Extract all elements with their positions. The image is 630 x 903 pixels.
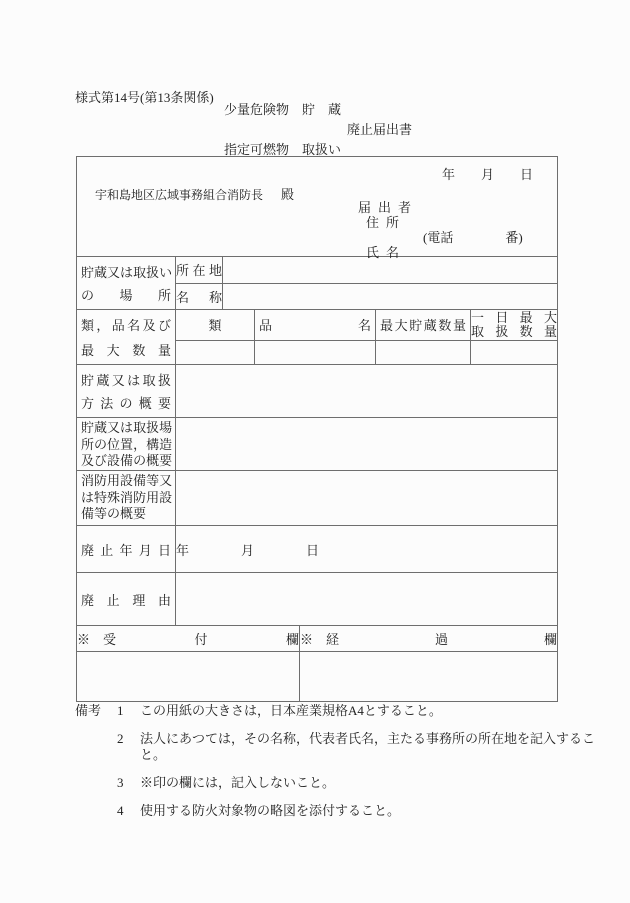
location-label-cell: 貯蔵又は取扱い の場所 [77,257,176,310]
fire-equipment-row: 消防用設備等又 は特殊消防用設 備等の概要 [77,471,558,526]
header-section-row: 年 月 日 宇和島地区広域事務組合消防長殿 届出者 住所 (電話 番) 氏名 [77,157,558,257]
remark-item: 2 法人にあつては，その名称，代表者氏名，主たる事務所の所在地を記入すること。 [75,731,620,763]
fire-equipment-value [176,471,558,526]
structure-row: 貯蔵又は取扱場 所の位置，構造 及び設備の概要 [77,418,558,471]
form-number: 様式第14号(第13条関係) [75,87,214,106]
fire-equipment-label-cell: 消防用設備等又 は特殊消防用設 備等の概要 [77,471,176,526]
address-label: 住所 [366,212,406,231]
progress-column-header: ※ 経 過 欄 [300,626,558,652]
abolition-date-row: 廃止年月日 年 月 日 [77,526,558,573]
product-name-value [255,340,376,364]
category-header-row: 類，品名及び 最大数量 類 品名 最大貯蔵数量 一日最大 取扱数量 [77,310,558,341]
category-label-cell: 類，品名及び 最大数量 [77,310,176,365]
form-page: 様式第14号(第13条関係) 少量危険物 貯 蔵 廃止届出書 指定可燃物 取扱い… [0,0,630,903]
remark-item: 3 ※印の欄には，記入しないこと。 [75,775,620,791]
reception-column-header: ※ 受 付 欄 [77,626,300,652]
abolition-reason-label-cell: 廃止理由 [77,573,176,626]
honorific: 殿 [281,187,294,202]
location-address-label: 所在地 [176,257,223,284]
stamp-header-row: ※ 受 付 欄 ※ 経 過 欄 [77,626,558,652]
remark-item: 備考 1 この用紙の大きさは，日本産業規格A4とすること。 [75,703,620,719]
location-label-line2: の場所 [81,285,171,304]
abolition-reason-row: 廃止理由 [77,573,558,626]
addressee-line: 宇和島地区広域事務組合消防長殿 [95,184,294,203]
progress-value [300,652,558,702]
category-label-line2: 最大数量 [81,340,171,359]
structure-value [176,418,558,471]
header-section-cell: 年 月 日 宇和島地区広域事務組合消防長殿 届出者 住所 (電話 番) 氏名 [77,157,558,257]
remarks-label: 備考 [75,703,117,719]
max-storage-value [376,340,471,364]
form-table: 年 月 日 宇和島地区広域事務組合消防長殿 届出者 住所 (電話 番) 氏名 貯… [76,156,558,702]
category-label-line1: 類，品名及び [81,315,171,334]
class-column-header: 類 [176,310,255,341]
method-label-cell: 貯蔵又は取扱 方法の概要 [77,365,176,418]
addressee: 宇和島地区広域事務組合消防長 [95,188,263,202]
stamp-value-row [77,652,558,702]
max-storage-column-header: 最大貯蔵数量 [376,310,471,341]
abolition-date-value: 年 月 日 [176,526,558,573]
location-label-line1: 貯蔵又は取扱い [81,262,171,281]
structure-label-cell: 貯蔵又は取扱場 所の位置，構造 及び設備の概要 [77,418,176,471]
reception-value [77,652,300,702]
name-label: 氏名 [366,242,406,261]
phone-line: (電話 番) [423,227,523,246]
location-name-label: 名称 [176,283,223,310]
location-address-row: 貯蔵又は取扱い の場所 所在地 [77,257,558,284]
abolition-date-label-cell: 廃止年月日 [77,526,176,573]
product-name-column-header: 品名 [255,310,376,341]
form-title-storage-line: 少量危険物 貯 蔵 [224,99,341,118]
submission-date-line: 年 月 日 [442,164,533,183]
form-title-main: 廃止届出書 [347,119,412,138]
method-value [176,365,558,418]
daily-max-column-header: 一日最大 取扱数量 [471,310,558,341]
method-row: 貯蔵又は取扱 方法の概要 [77,365,558,418]
remarks-block: 備考 1 この用紙の大きさは，日本産業規格A4とすること。 2 法人にあつては，… [75,703,620,831]
location-name-value [223,283,558,310]
daily-max-value [471,340,558,364]
abolition-reason-value [176,573,558,626]
remark-item: 4 使用する防火対象物の略図を添付すること。 [75,803,620,819]
class-value [176,340,255,364]
